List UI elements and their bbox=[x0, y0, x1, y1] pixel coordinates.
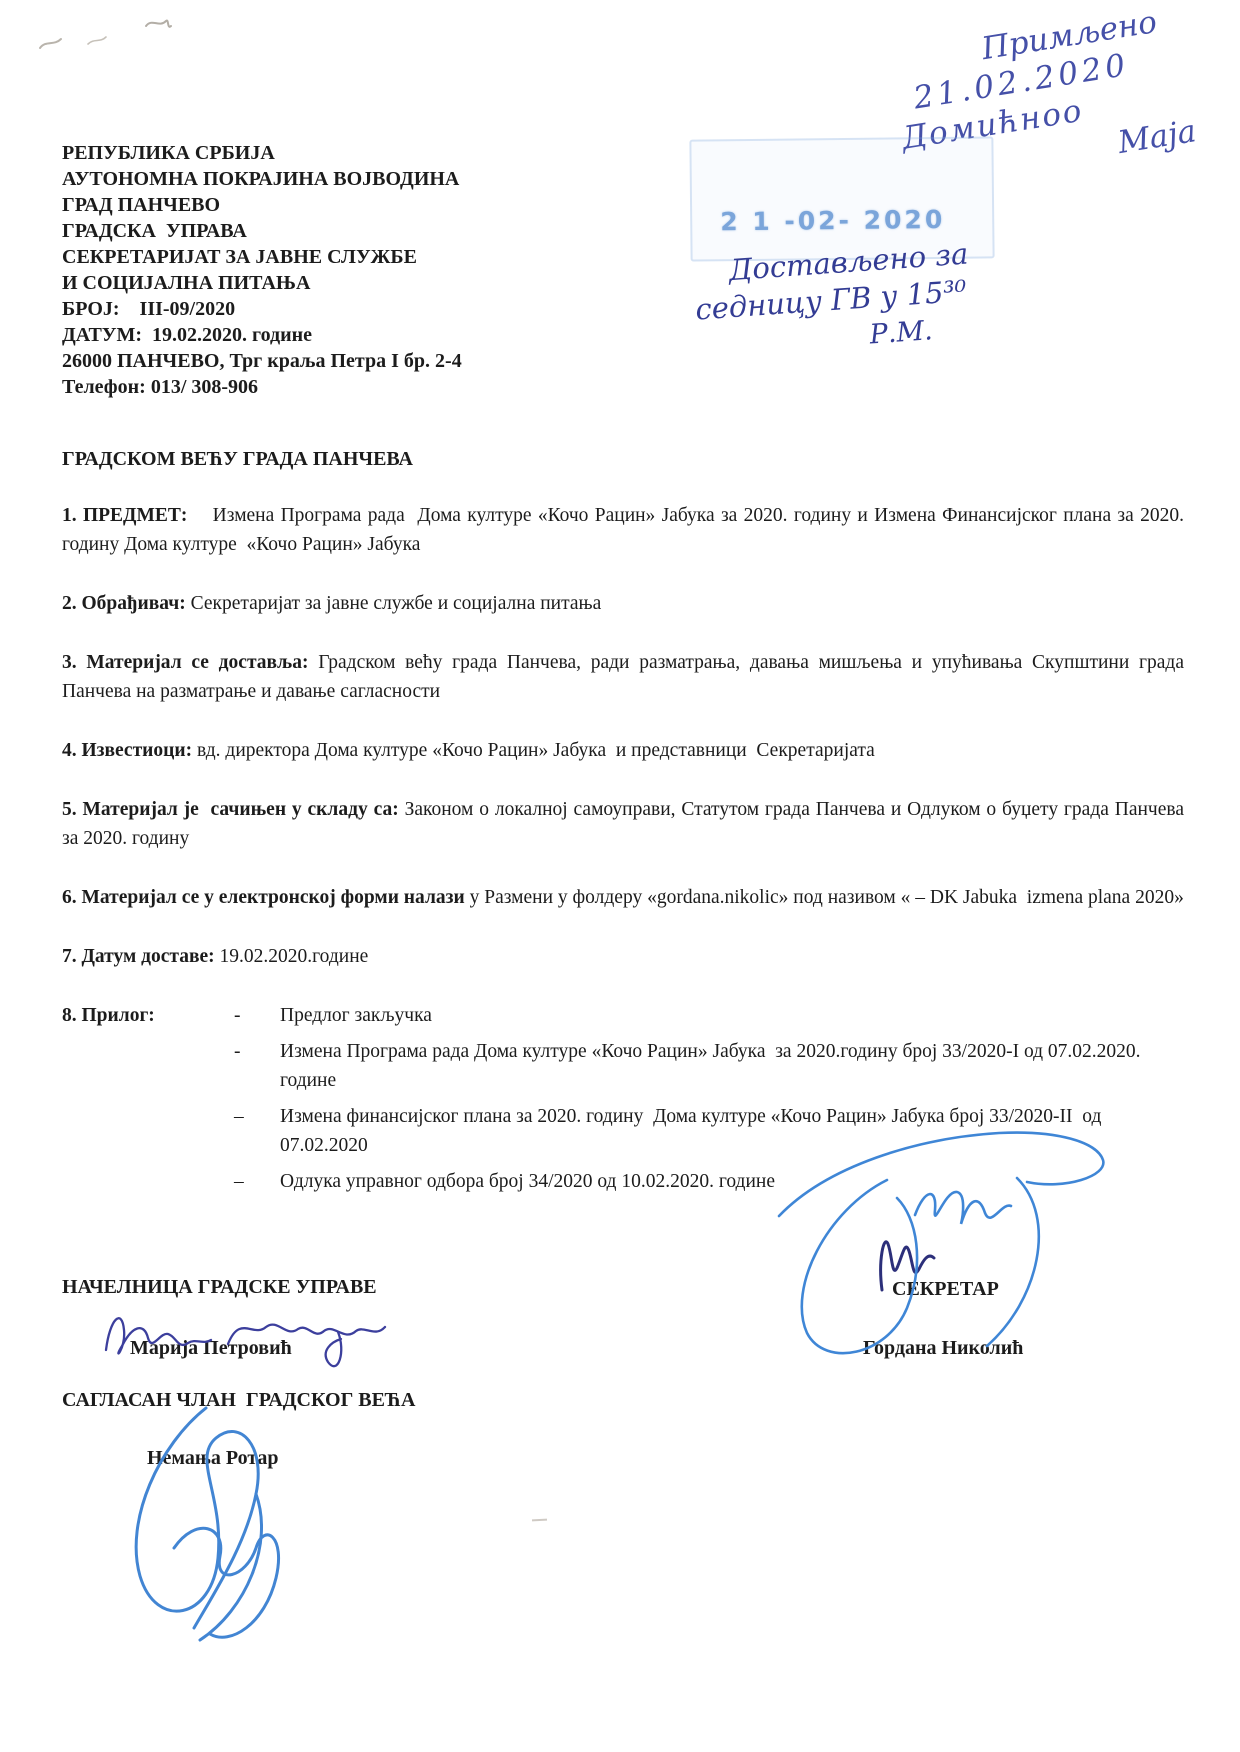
signature-gordana-nikolic bbox=[765, 1118, 1115, 1373]
signature-marija-petrovic bbox=[100, 1298, 390, 1378]
attachment-text: Измена Програма рада Дома културе «Кочо … bbox=[280, 1037, 1184, 1095]
item-6-body: у Размени у фолдеру «gordana.nikolic» по… bbox=[465, 887, 1184, 908]
item-4-body: вд. директора Дома културе «Кочо Рацин» … bbox=[192, 740, 875, 761]
item-6-label: 6. Материјал се у електронској форми нал… bbox=[62, 887, 465, 908]
item-3-label: 3. Материјал се доставља: bbox=[62, 652, 309, 673]
item-5-label: 5. Материјал је сачињен у складу са: bbox=[62, 799, 399, 820]
letterhead-line-city: ГРАД ПАНЧЕВО bbox=[62, 192, 1184, 218]
attachment-text: Предлог закључка bbox=[280, 1001, 1184, 1030]
attachment-row: - Измена Програма рада Дома културе «Коч… bbox=[234, 1037, 1184, 1095]
letterhead-line-number: БРОЈ: III-09/2020 bbox=[62, 296, 1184, 322]
attachment-bullet: – bbox=[234, 1167, 280, 1196]
signature-nemanja-rotar bbox=[108, 1398, 318, 1643]
attachment-bullet: - bbox=[234, 1037, 280, 1095]
item-2-body: Секретаријат за јавне службе и социјална… bbox=[186, 593, 602, 614]
item-7-label: 7. Датум доставе: bbox=[62, 946, 215, 967]
letterhead-line-secretariat2: И СОЦИЈАЛНА ПИТАЊА bbox=[62, 270, 1184, 296]
item-4-label: 4. Известиоци: bbox=[62, 740, 192, 761]
letterhead-line-secretariat: СЕКРЕТАРИЈАТ ЗА ЈАВНЕ СЛУЖБЕ bbox=[62, 244, 1184, 270]
letterhead-line-date: ДАТУМ: 19.02.2020. године bbox=[62, 322, 1184, 348]
item-1-predmet: 1. ПРЕДМЕТ: Измена Програма рада Дома ку… bbox=[62, 501, 1184, 559]
item-3-dostavlja: 3. Материјал се доставља: Градском већу … bbox=[62, 648, 1184, 706]
item-1-body: Измена Програма рада Дома културе «Кочо … bbox=[62, 505, 1189, 555]
item-1-label: 1. ПРЕДМЕТ: bbox=[62, 505, 187, 526]
addressee-title: ГРАДСКОМ ВЕЋУ ГРАДА ПАНЧЕВА bbox=[62, 448, 1184, 471]
item-2-obradjivac: 2. Обрађивач: Секретаријат за јавне служ… bbox=[62, 589, 1184, 618]
item-7-body: 19.02.2020.године bbox=[215, 946, 369, 967]
document-page: Примљено 21.02.2020 Домићноо Маја 2 1 -0… bbox=[0, 0, 1240, 1752]
pencil-marks bbox=[28, 16, 188, 61]
item-6-elektronska-forma: 6. Материјал се у електронској форми нал… bbox=[62, 883, 1184, 912]
letterhead-line-address: 26000 ПАНЧЕВО, Трг краља Петра I бр. 2-4 bbox=[62, 348, 1184, 374]
item-2-label: 2. Обрађивач: bbox=[62, 593, 186, 614]
letterhead: РЕПУБЛИКА СРБИЈА АУТОНОМНА ПОКРАЈИНА ВОЈ… bbox=[62, 140, 1184, 400]
item-4-izvestioci: 4. Известиоци: вд. директора Дома култур… bbox=[62, 736, 1184, 765]
attachment-bullet: – bbox=[234, 1102, 280, 1160]
letterhead-line-province: АУТОНОМНА ПОКРАЈИНА ВОЈВОДИНА bbox=[62, 166, 1184, 192]
letterhead-line-republic: РЕПУБЛИКА СРБИЈА bbox=[62, 140, 1184, 166]
attachment-bullet: - bbox=[234, 1001, 280, 1030]
item-8-label: 8. Прилог: bbox=[62, 1001, 234, 1203]
document-body: РЕПУБЛИКА СРБИЈА АУТОНОМНА ПОКРАЈИНА ВОЈ… bbox=[62, 140, 1184, 1203]
chief-title: НАЧЕЛНИЦА ГРАДСКЕ УПРАВЕ bbox=[62, 1276, 377, 1299]
attachment-row: - Предлог закључка bbox=[234, 1001, 1184, 1030]
item-5-sklad: 5. Материјал је сачињен у складу са: Зак… bbox=[62, 795, 1184, 853]
scan-artifact-dash bbox=[532, 1519, 547, 1522]
item-7-datum-dostave: 7. Датум доставе: 19.02.2020.године bbox=[62, 942, 1184, 971]
letterhead-line-phone: Телефон: 013/ 308-906 bbox=[62, 374, 1184, 400]
letterhead-line-admin: ГРАДСКА УПРАВА bbox=[62, 218, 1184, 244]
